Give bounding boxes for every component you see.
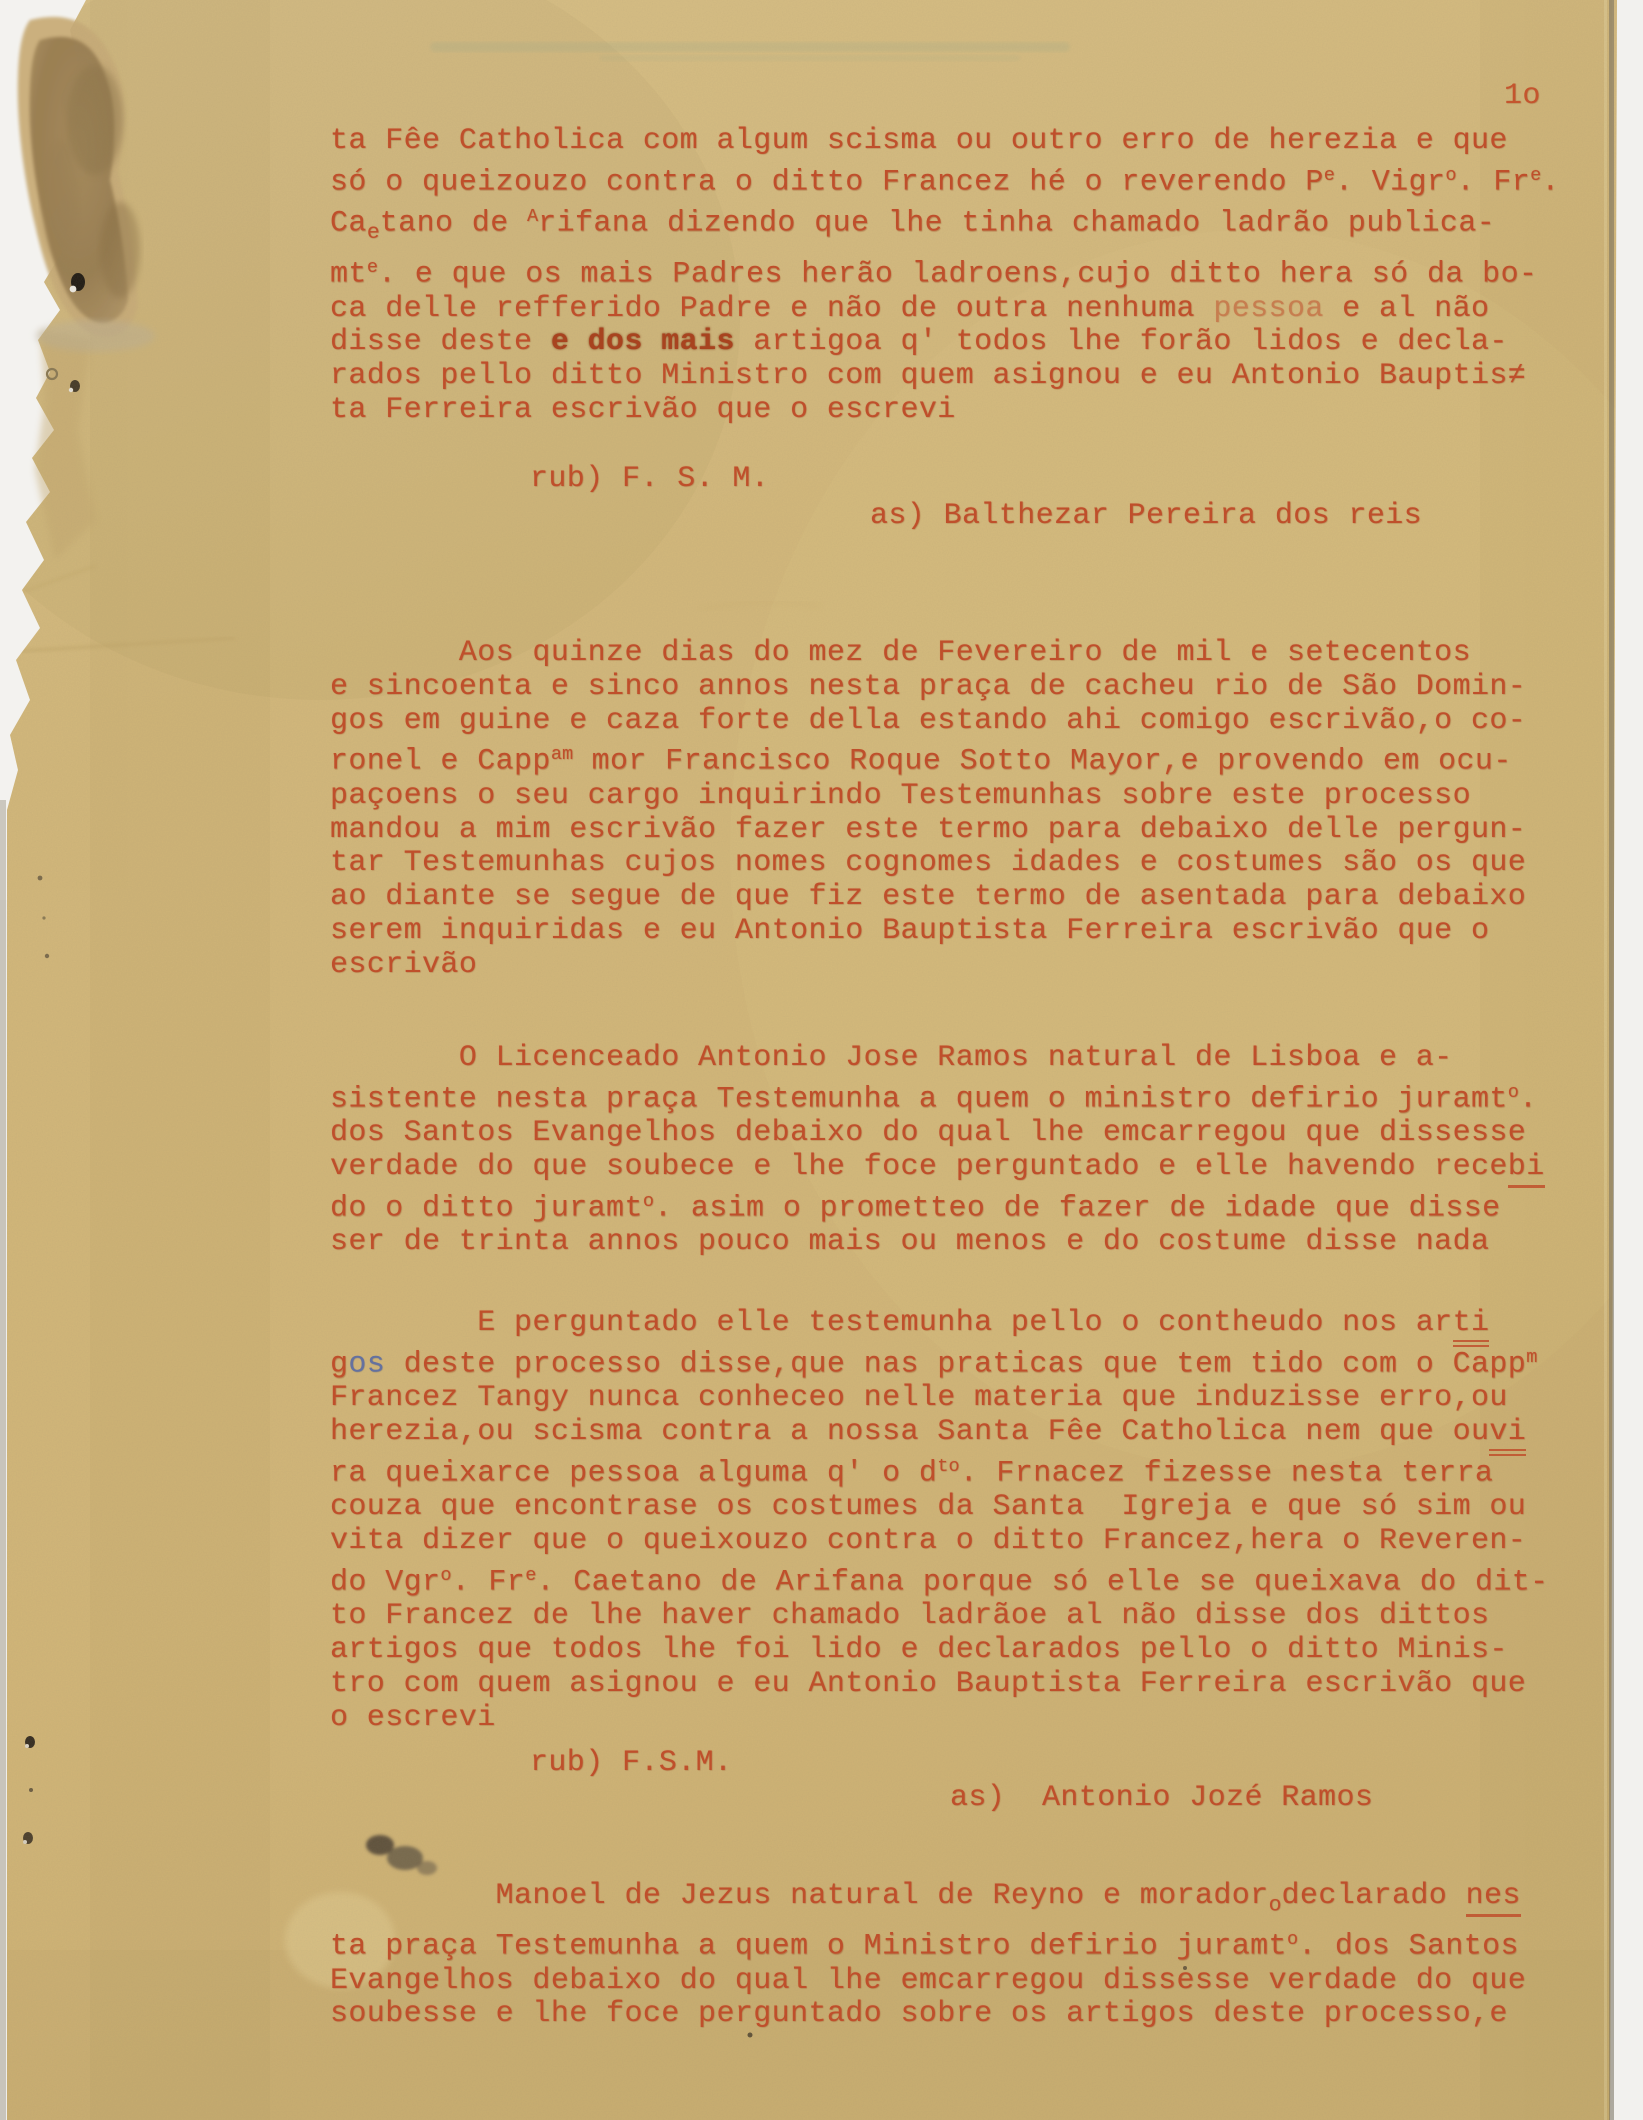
text-line: do Vgro. Fre. Caetano de Arifana porque … (330, 1559, 1549, 1600)
text-line: ta Fêe Catholica com algum scisma ou out… (330, 125, 1560, 159)
paragraph-3: O Licenceado Antonio Jose Ramos natural … (330, 1042, 1545, 1260)
text-line: couza que encontrase os costumes da Sant… (330, 1491, 1549, 1525)
signature-1: as) Balthezar Pereira dos reis (870, 500, 1422, 534)
text-line: mandou a mim escrivão fazer este termo p… (330, 814, 1526, 848)
text-line: verdade do que soubece e lhe foce pergun… (330, 1151, 1545, 1185)
text-line: gos em guine e caza forte della estando … (330, 705, 1526, 739)
text-layer: 1o ta Fêe Catholica com algum scisma ou … (0, 0, 1643, 2120)
paragraph-4: E perguntado elle testemunha pello o con… (330, 1307, 1549, 1736)
text-line: e sincoenta e sinco annos nesta praça de… (330, 671, 1526, 705)
text-line: serem inquiridas e eu Antonio Bauptista … (330, 915, 1526, 949)
text-line: Manoel de Jezus natural de Reyno e morad… (330, 1880, 1526, 1923)
text-line: dos Santos Evangelhos debaixo do qual lh… (330, 1117, 1545, 1151)
signature-2: as) Antonio Jozé Ramos (950, 1782, 1373, 1816)
text-line: escrivão (330, 949, 1526, 983)
paragraph-1: ta Fêe Catholica com algum scisma ou out… (330, 125, 1560, 428)
text-line: paçoens o seu cargo inquirindo Testemunh… (330, 780, 1526, 814)
text-line: tar Testemunhas cujos nomes cognomes ida… (330, 847, 1526, 881)
text-line: do o ditto juramto. asim o prometteo de … (330, 1185, 1545, 1226)
text-line: rub) F. S. M. (530, 463, 769, 497)
text-line: sistente nesta praça Testemunha a quem o… (330, 1076, 1545, 1117)
text-line: herezia,ou scisma contra a nossa Santa F… (330, 1416, 1549, 1450)
text-line: ser de trinta annos pouco mais ou menos … (330, 1226, 1545, 1260)
text-line: O Licenceado Antonio Jose Ramos natural … (330, 1042, 1545, 1076)
rubric-1: rub) F. S. M. (530, 463, 769, 497)
text-line: ta Ferreira escrivão que o escrevi (330, 394, 1560, 428)
text-line: gos deste processo disse,que nas pratica… (330, 1341, 1549, 1382)
text-line: disse deste e dos mais artigoa q' todos … (330, 326, 1560, 360)
rubric-2: rub) F.S.M. (530, 1747, 732, 1781)
text-line: Evangelhos debaixo do qual lhe emcarrego… (330, 1965, 1526, 1999)
text-line: artigos que todos lhe foi lido e declara… (330, 1634, 1549, 1668)
text-line: o escrevi (330, 1702, 1549, 1736)
text-line: Aos quinze dias do mez de Fevereiro de m… (330, 637, 1526, 671)
text-line: ca delle refferido Padre e não de outra … (330, 293, 1560, 327)
page-number: 1o (1504, 80, 1541, 114)
text-line: só o queizouzo contra o ditto Francez hé… (330, 159, 1560, 200)
text-line: ronel e Cappam mor Francisco Roque Sotto… (330, 738, 1526, 779)
paragraph-2: Aos quinze dias do mez de Fevereiro de m… (330, 637, 1526, 983)
paragraph-5: Manoel de Jezus natural de Reyno e morad… (330, 1880, 1526, 2032)
text-line: Caetano de Arifana dizendo que lhe tinha… (330, 200, 1560, 251)
text-line: to Francez de lhe haver chamado ladrãoe … (330, 1600, 1549, 1634)
text-line: rub) F.S.M. (530, 1747, 732, 1781)
text-line: tro com quem asignou e eu Antonio Baupti… (330, 1668, 1549, 1702)
text-line: ta praça Testemunha a quem o Ministro de… (330, 1923, 1526, 1964)
text-line: ra queixarce pessoa alguma q' o dto. Frn… (330, 1450, 1549, 1491)
text-line: E perguntado elle testemunha pello o con… (330, 1307, 1549, 1341)
text-line: rados pello ditto Ministro com quem asig… (330, 360, 1560, 394)
text-line: Francez Tangy nunca conheceo nelle mater… (330, 1382, 1549, 1416)
text-line: as) Antonio Jozé Ramos (950, 1782, 1373, 1816)
text-line: vita dizer que o queixouzo contra o ditt… (330, 1525, 1549, 1559)
text-line: ao diante se segue de que fiz este termo… (330, 881, 1526, 915)
text-line: soubesse e lhe foce perguntado sobre os … (330, 1998, 1526, 2032)
text-line: as) Balthezar Pereira dos reis (870, 500, 1422, 534)
text-line: mte. e que os mais Padres herão ladroens… (330, 251, 1560, 292)
